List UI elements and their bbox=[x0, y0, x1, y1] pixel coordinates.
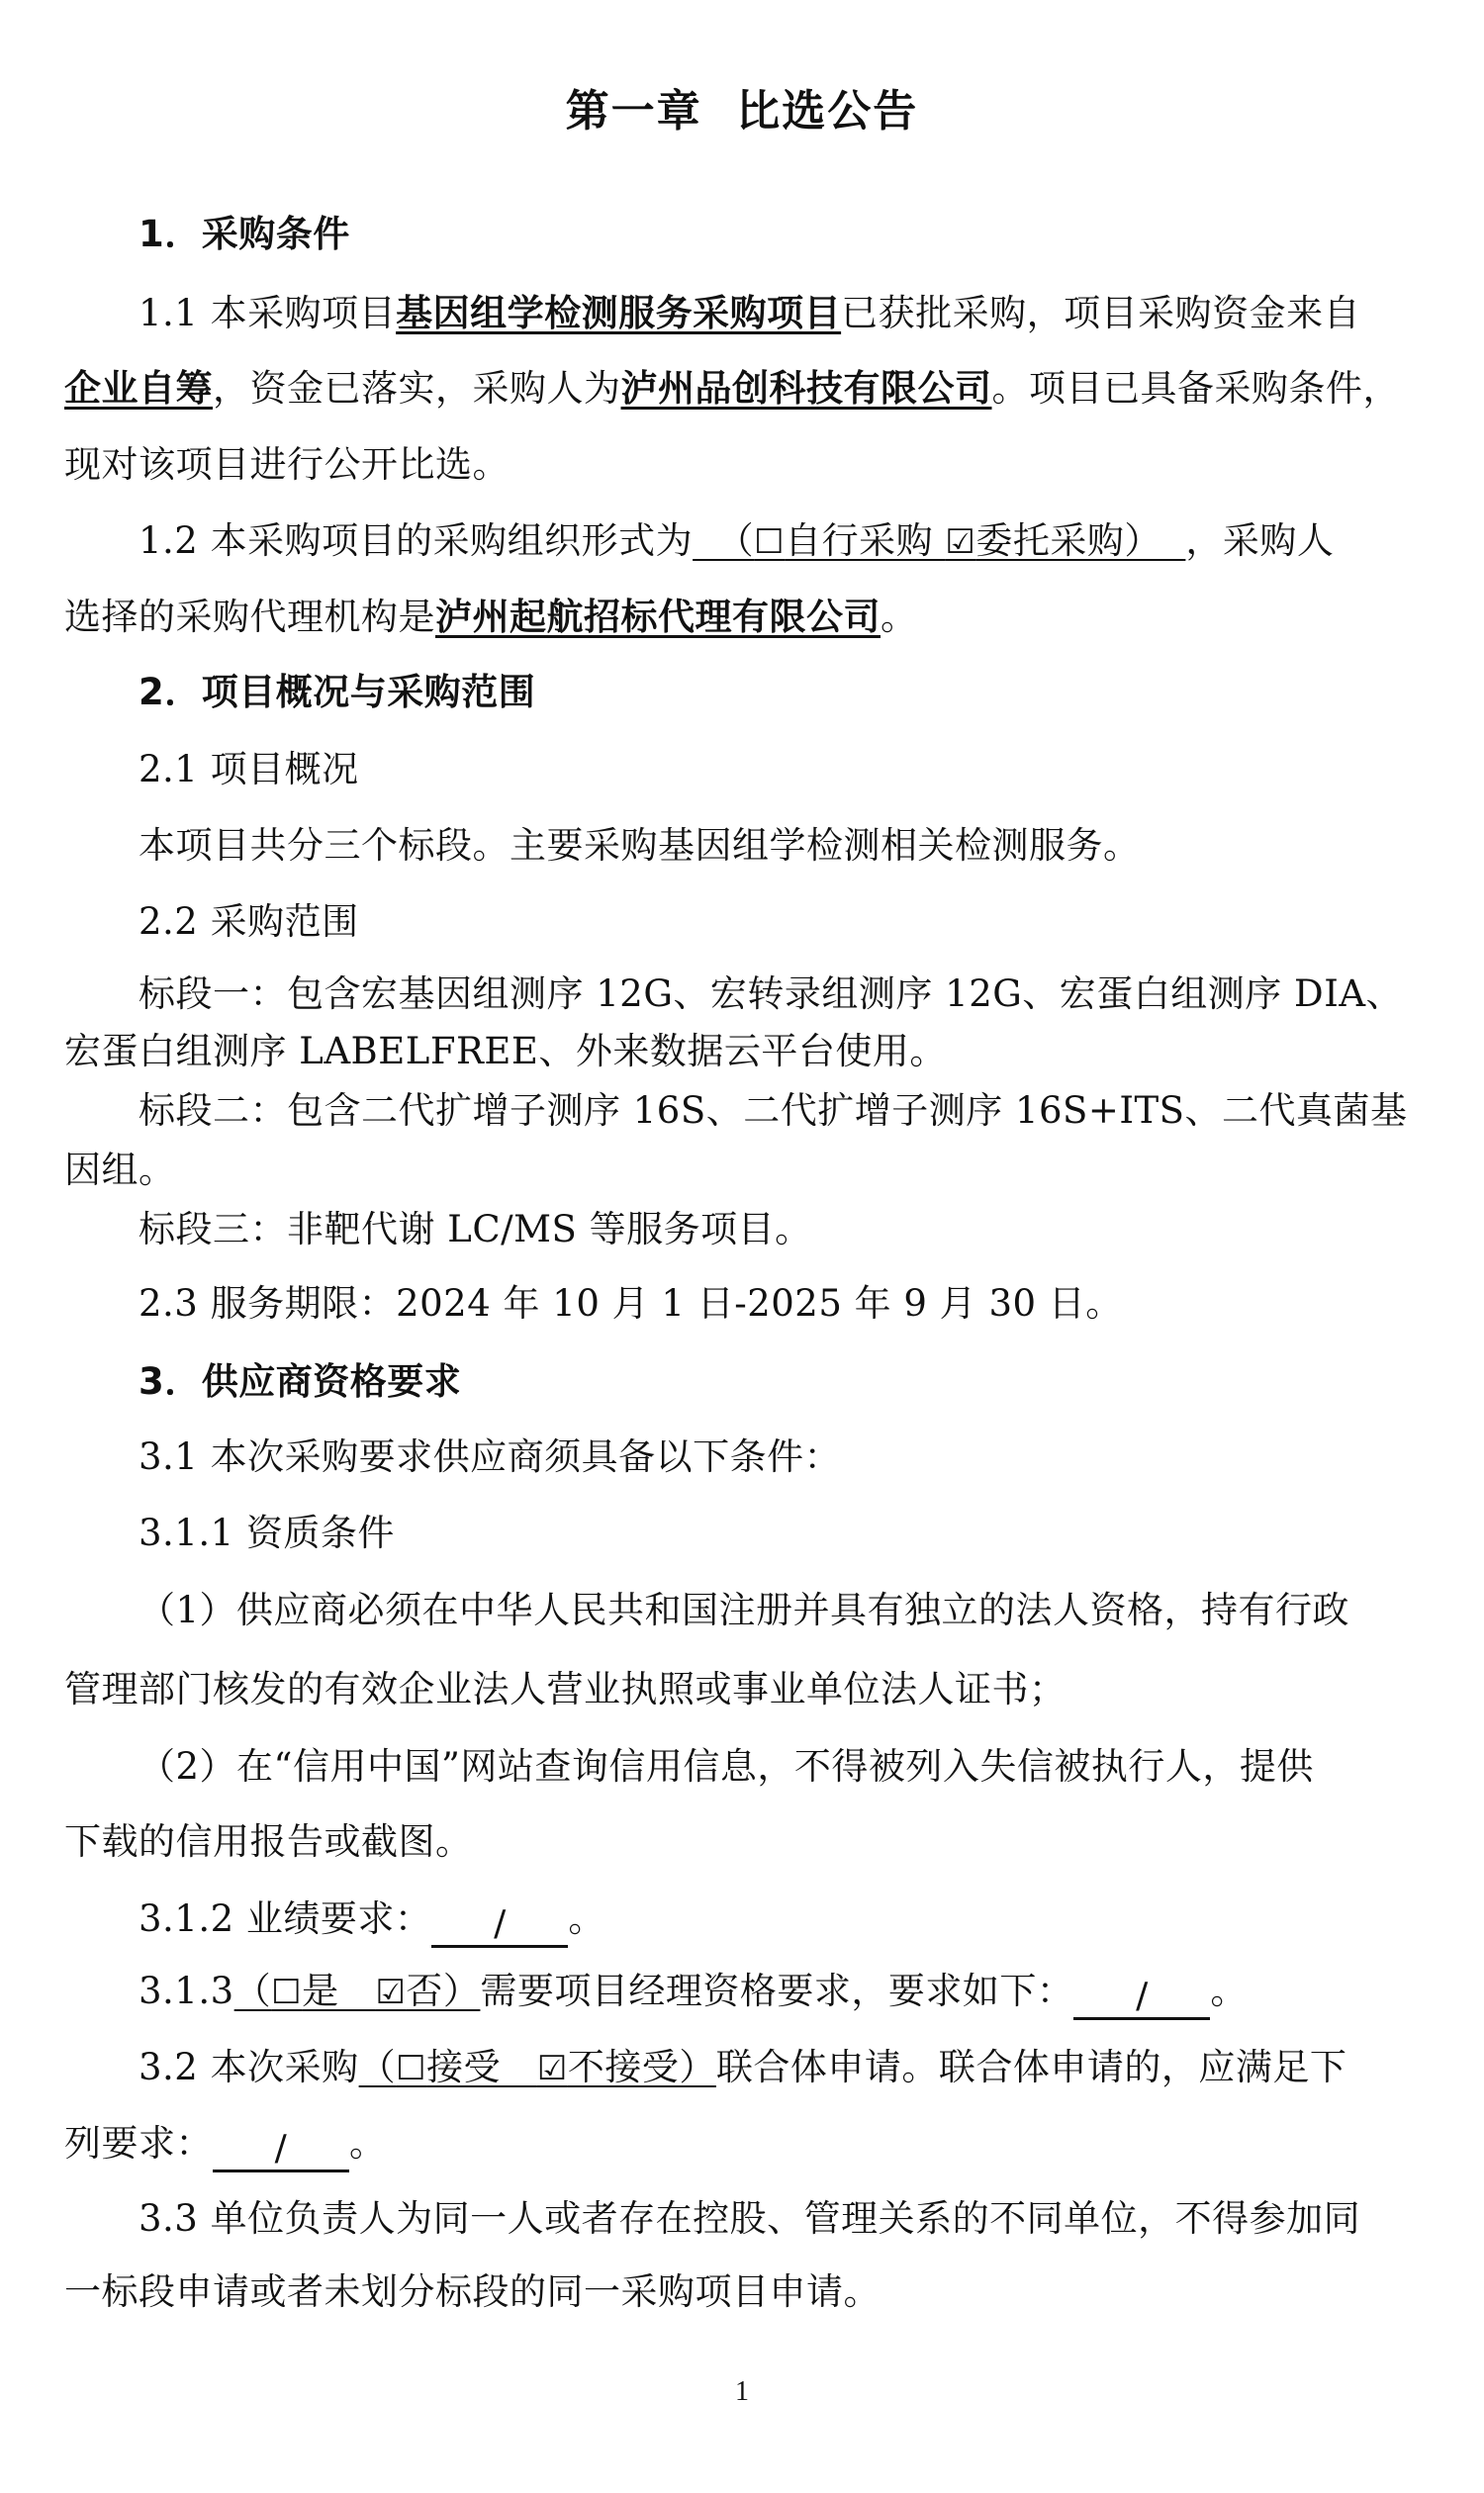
text: 选择的采购代理机构是 bbox=[64, 596, 435, 638]
subsection-2-1-body: 本项目共分三个标段。主要采购基因组学检测相关检测服务。 bbox=[139, 816, 1430, 876]
field-value: / bbox=[1136, 1976, 1149, 2016]
text: 已获批采购，项目采购资金来自 bbox=[841, 292, 1360, 334]
subsection-3-1-1: 3.1.1 资质条件 bbox=[139, 1504, 1430, 1563]
checkbox-checked-icon: ☑ bbox=[945, 522, 975, 562]
checkbox-unchecked-icon: ☐ bbox=[271, 1973, 302, 2012]
checkbox-unchecked-icon: ☐ bbox=[396, 2049, 426, 2088]
text: 。 bbox=[1210, 1970, 1248, 2012]
consortium-requirement-field: / bbox=[213, 2126, 349, 2172]
field-value: / bbox=[275, 2128, 288, 2169]
subsection-3-2-line-2: 列要求：/。 bbox=[64, 2114, 1430, 2173]
lot-2-line-2: 因组。 bbox=[64, 1141, 1430, 1200]
text: 。 bbox=[881, 596, 918, 638]
lot-1-line-1: 标段一：包含宏基因组测序 12G、宏转录组测序 12G、宏蛋白组测序 DIA、 bbox=[139, 965, 1430, 1024]
label: 3.2 本次采购 bbox=[139, 2046, 359, 2088]
pm-requirement-field: / bbox=[1073, 1974, 1210, 2020]
option-accept: 接受 bbox=[426, 2046, 537, 2088]
checkbox-unchecked-icon: ☐ bbox=[754, 522, 785, 562]
subsection-3-3-line-2: 一标段申请或者未划分标段的同一采购项目申请。 bbox=[64, 2262, 1430, 2322]
checkbox-checked-icon: ☑ bbox=[537, 2049, 568, 2088]
subsection-2-1-title: 2.1 项目概况 bbox=[139, 740, 1430, 799]
text: 联合体申请。联合体申请的，应满足下 bbox=[716, 2046, 1347, 2088]
text: 1.1 本采购项目 bbox=[139, 292, 396, 334]
section-heading-3: 3．供应商资格要求 bbox=[139, 1352, 1430, 1412]
paragraph-1-2-line-1: 1.2 本采购项目的采购组织形式为 （☐自行采购 ☑委托采购） ，采购人 bbox=[139, 511, 1430, 571]
procurement-form-options: （☐自行采购 ☑委托采购） bbox=[693, 519, 1185, 562]
subsection-2-2-title: 2.2 采购范围 bbox=[139, 892, 1430, 952]
subsection-3-1-2: 3.1.2 业绩要求：/。 bbox=[139, 1890, 1430, 1949]
agent-name: 泸州起航招标代理有限公司 bbox=[435, 595, 881, 638]
purchaser-name: 泸州品创科技有限公司 bbox=[621, 366, 992, 410]
subsection-3-1-3: 3.1.3（☐是 ☑否）需要项目经理资格要求，要求如下：/。 bbox=[139, 1962, 1430, 2021]
consortium-options: （☐接受 ☑不接受） bbox=[359, 2046, 716, 2088]
paragraph-1-1-line-2: 企业自筹，资金已落实，采购人为泸州品创科技有限公司。项目已具备采购条件， bbox=[64, 358, 1430, 417]
subsection-3-2-line-1: 3.2 本次采购（☐接受 ☑不接受）联合体申请。联合体申请的，应满足下 bbox=[139, 2038, 1430, 2097]
label: 3.1.2 业绩要求： bbox=[139, 1897, 431, 1940]
option-yes: 是 bbox=[302, 1970, 375, 2012]
project-name: 基因组学检测服务采购项目 bbox=[396, 291, 841, 334]
lot-2-line-1: 标段二：包含二代扩增子测序 16S、二代扩增子测序 16S+ITS、二代真菌基 bbox=[139, 1081, 1430, 1141]
text: ，资金已落实，采购人为 bbox=[213, 367, 621, 410]
subsection-3-3-line-1: 3.3 单位负责人为同一人或者存在控股、管理关系的不同单位，不得参加同 bbox=[139, 2189, 1430, 2249]
text: 。 bbox=[349, 2122, 387, 2165]
requirement-1-line-2: 管理部门核发的有效企业法人营业执照或事业单位法人证书； bbox=[64, 1660, 1430, 1719]
requirement-2-line-1: （2）在“信用中国”网站查询信用信息，不得被列入失信被执行人，提供 bbox=[139, 1737, 1430, 1797]
lot-3: 标段三：非靶代谢 LC/MS 等服务项目。 bbox=[139, 1200, 1430, 1259]
paragraph-1-1-line-1: 1.1 本采购项目基因组学检测服务采购项目已获批采购，项目采购资金来自 bbox=[139, 283, 1430, 342]
requirement-1-line-1: （1）供应商必须在中华人民共和国注册并具有独立的法人资格，持有行政 bbox=[139, 1581, 1430, 1640]
subsection-2-3-service-period: 2.3 服务期限：2024 年 10 月 1 日-2025 年 9 月 30 日… bbox=[139, 1274, 1430, 1334]
paren: （ bbox=[359, 2046, 397, 2088]
label: 3.1.3 bbox=[139, 1970, 234, 2012]
requirement-2-line-2: 下载的信用报告或截图。 bbox=[64, 1812, 1430, 1872]
text: ，采购人 bbox=[1185, 519, 1334, 562]
option-entrusted-procurement: 委托采购） bbox=[975, 519, 1185, 562]
pm-requirement-options: （☐是 ☑否） bbox=[234, 1970, 481, 2012]
field-value: / bbox=[494, 1903, 507, 1944]
option-self-procurement: 自行采购 bbox=[785, 519, 945, 562]
paren: （ bbox=[693, 519, 754, 562]
page-number: 1 bbox=[0, 2374, 1484, 2410]
chapter-title: 第一章 比选公告 bbox=[0, 81, 1484, 142]
section-heading-1: 1．采购条件 bbox=[139, 205, 1430, 264]
paren: （ bbox=[234, 1970, 272, 2012]
checkbox-checked-icon: ☑ bbox=[375, 1973, 406, 2012]
text: 。项目已具备采购条件， bbox=[992, 367, 1401, 410]
document-page: 第一章 比选公告 1．采购条件 1.1 本采购项目基因组学检测服务采购项目已获批… bbox=[0, 0, 1484, 2493]
option-no: 否） bbox=[406, 1970, 480, 2012]
paragraph-1-1-line-3: 现对该项目进行公开比选。 bbox=[64, 435, 1430, 495]
text: 。 bbox=[568, 1897, 605, 1940]
performance-requirement-field: / bbox=[431, 1901, 568, 1948]
subsection-3-1: 3.1 本次采购要求供应商须具备以下条件： bbox=[139, 1428, 1430, 1487]
option-not-accept: 不接受） bbox=[568, 2046, 716, 2088]
text: 需要项目经理资格要求，要求如下： bbox=[480, 1970, 1073, 2012]
section-heading-2: 2．项目概况与采购范围 bbox=[139, 663, 1430, 722]
label: 列要求： bbox=[64, 2122, 213, 2165]
paragraph-1-2-line-2: 选择的采购代理机构是泸州起航招标代理有限公司。 bbox=[64, 587, 1430, 646]
funding-source: 企业自筹 bbox=[64, 366, 213, 410]
lot-1-line-2: 宏蛋白组测序 LABELFREE、外来数据云平台使用。 bbox=[64, 1022, 1430, 1081]
text: 1.2 本采购项目的采购组织形式为 bbox=[139, 519, 693, 562]
